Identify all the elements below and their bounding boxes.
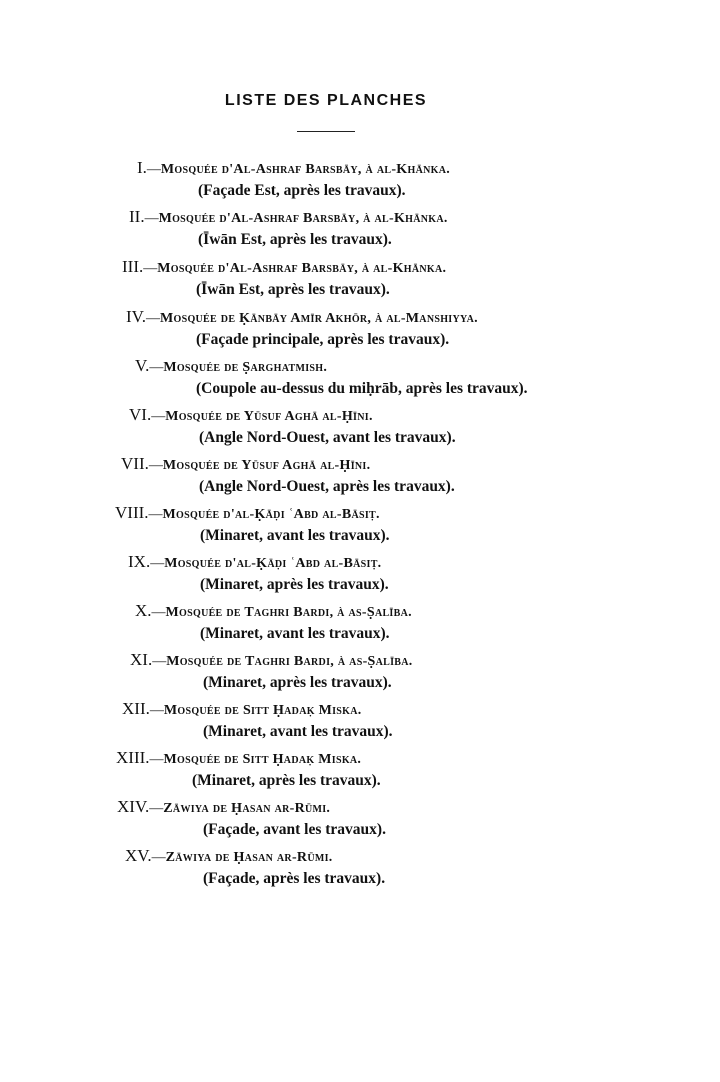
em-dash: —: [145, 211, 159, 226]
em-dash: —: [147, 162, 161, 177]
plate-heading: XI.—Mosquée de Taghri Bardi, à as-Ṣalība…: [130, 650, 413, 670]
plate-caption: (Īwān Est, après les travaux).: [198, 231, 392, 249]
plate-numeral: XI.: [130, 650, 152, 669]
plate-title: Mosquée de Sitt Ḥadaḳ Miska.: [164, 752, 362, 767]
plate-heading: VII.—Mosquée de Yūsuf Aghā al-Ḥīni.: [121, 454, 370, 474]
plate-numeral: II.: [129, 207, 145, 226]
plate-numeral: VIII.: [115, 503, 149, 522]
plate-title: Mosquée de Yūsuf Aghā al-Ḥīni.: [163, 458, 371, 473]
plate-numeral: VI.: [129, 405, 151, 424]
em-dash: —: [150, 556, 164, 571]
plate-caption: (Minaret, avant les travaux).: [200, 625, 390, 643]
plate-heading: II.—Mosquée d'Al-Ashraf Barsbāy, à al-Kh…: [129, 207, 448, 227]
plate-caption: (Façade, avant les travaux).: [203, 821, 386, 839]
plate-heading: X.—Mosquée de Taghri Bardi, à as-Ṣalība.: [135, 601, 412, 621]
plate-numeral: XIV.: [117, 797, 149, 816]
em-dash: —: [146, 311, 160, 326]
plate-caption: (Minaret, avant les travaux).: [200, 527, 390, 545]
plate-title: Mosquée d'al-Ḳāḍi ʿAbd al-Bāsiṭ.: [163, 507, 380, 522]
plate-title: Mosquée de Taghri Bardi, à as-Ṣalība.: [166, 605, 412, 620]
plate-heading: XV.—Zāwiya de Ḥasan ar-Rūmi.: [125, 846, 333, 866]
plate-title: Zāwiya de Ḥasan ar-Rūmi.: [163, 801, 330, 816]
plate-caption: (Minaret, après les travaux).: [203, 674, 392, 692]
plate-numeral: VII.: [121, 454, 149, 473]
plate-title: Mosquée de Sitt Ḥadaḳ Miska.: [164, 703, 362, 718]
plate-numeral: III.: [122, 257, 143, 276]
plate-title: Mosquée de Ṣarghatmish.: [163, 360, 327, 375]
plate-heading: VIII.—Mosquée d'al-Ḳāḍi ʿAbd al-Bāsiṭ.: [115, 503, 380, 523]
em-dash: —: [152, 654, 166, 669]
plate-heading: XII.—Mosquée de Sitt Ḥadaḳ Miska.: [122, 699, 362, 719]
em-dash: —: [149, 507, 163, 522]
plate-heading: VI.—Mosquée de Yūsuf Aghā al-Ḥīni.: [129, 405, 373, 425]
plate-numeral: X.: [135, 601, 152, 620]
em-dash: —: [149, 458, 163, 473]
em-dash: —: [152, 605, 166, 620]
plate-caption: (Façade, après les travaux).: [203, 870, 385, 888]
plate-title: Mosquée de Taghri Bardi, à as-Ṣalība.: [166, 654, 412, 669]
plate-caption: (Minaret, après les travaux).: [192, 772, 381, 790]
plate-numeral: I.: [137, 158, 147, 177]
plate-title: Mosquée de Ḳānbāy Amīr Akhōr, à al-Mansh…: [160, 311, 478, 326]
plate-numeral: IX.: [128, 552, 150, 571]
em-dash: —: [152, 850, 166, 865]
plate-numeral: V.: [135, 356, 149, 375]
plate-title: Mosquée d'Al-Ashraf Barsbāy, à al-Khānka…: [161, 162, 450, 177]
plate-caption: (Coupole au-dessus du miḥrāb, après les …: [196, 380, 528, 398]
title-divider: [297, 131, 355, 132]
plate-title: Mosquée d'Al-Ashraf Barsbāy, à al-Khānka…: [157, 261, 446, 276]
plate-caption: (Angle Nord-Ouest, avant les travaux).: [199, 429, 456, 447]
plate-heading: III.—Mosquée d'Al-Ashraf Barsbāy, à al-K…: [122, 257, 446, 277]
plate-heading: IV.—Mosquée de Ḳānbāy Amīr Akhōr, à al-M…: [126, 307, 478, 327]
plate-heading: XIV.—Zāwiya de Ḥasan ar-Rūmi.: [117, 797, 330, 817]
plate-title: Mosquée d'Al-Ashraf Barsbāy, à al-Khānka…: [159, 211, 448, 226]
plate-title: Mosquée d'al-Ḳāḍi ʿAbd al-Bāsiṭ.: [164, 556, 381, 571]
em-dash: —: [150, 703, 164, 718]
plate-caption: (Minaret, avant les travaux).: [203, 723, 393, 741]
plate-heading: XIII.—Mosquée de Sitt Ḥadaḳ Miska.: [116, 748, 361, 768]
em-dash: —: [149, 360, 163, 375]
plate-numeral: XIII.: [116, 748, 150, 767]
plate-caption: (Angle Nord-Ouest, après les travaux).: [199, 478, 455, 496]
plate-caption: (Īwān Est, après les travaux).: [196, 281, 390, 299]
plate-title: Mosquée de Yūsuf Aghā al-Ḥīni.: [165, 409, 373, 424]
plate-numeral: IV.: [126, 307, 146, 326]
em-dash: —: [151, 409, 165, 424]
plate-numeral: XV.: [125, 846, 152, 865]
plate-heading: V.—Mosquée de Ṣarghatmish.: [135, 356, 327, 376]
plate-caption: (Façade principale, après les travaux).: [196, 331, 449, 349]
em-dash: —: [150, 752, 164, 767]
plate-heading: I.—Mosquée d'Al-Ashraf Barsbāy, à al-Khā…: [137, 158, 450, 178]
plate-numeral: XII.: [122, 699, 150, 718]
em-dash: —: [149, 801, 163, 816]
plate-caption: (Minaret, après les travaux).: [200, 576, 389, 594]
plate-heading: IX.—Mosquée d'al-Ḳāḍi ʿAbd al-Bāsiṭ.: [128, 552, 382, 572]
page-title: LISTE DES PLANCHES: [0, 92, 652, 110]
plate-title: Zāwiya de Ḥasan ar-Rūmi.: [166, 850, 333, 865]
plate-caption: (Façade Est, après les travaux).: [198, 182, 406, 200]
em-dash: —: [143, 261, 157, 276]
